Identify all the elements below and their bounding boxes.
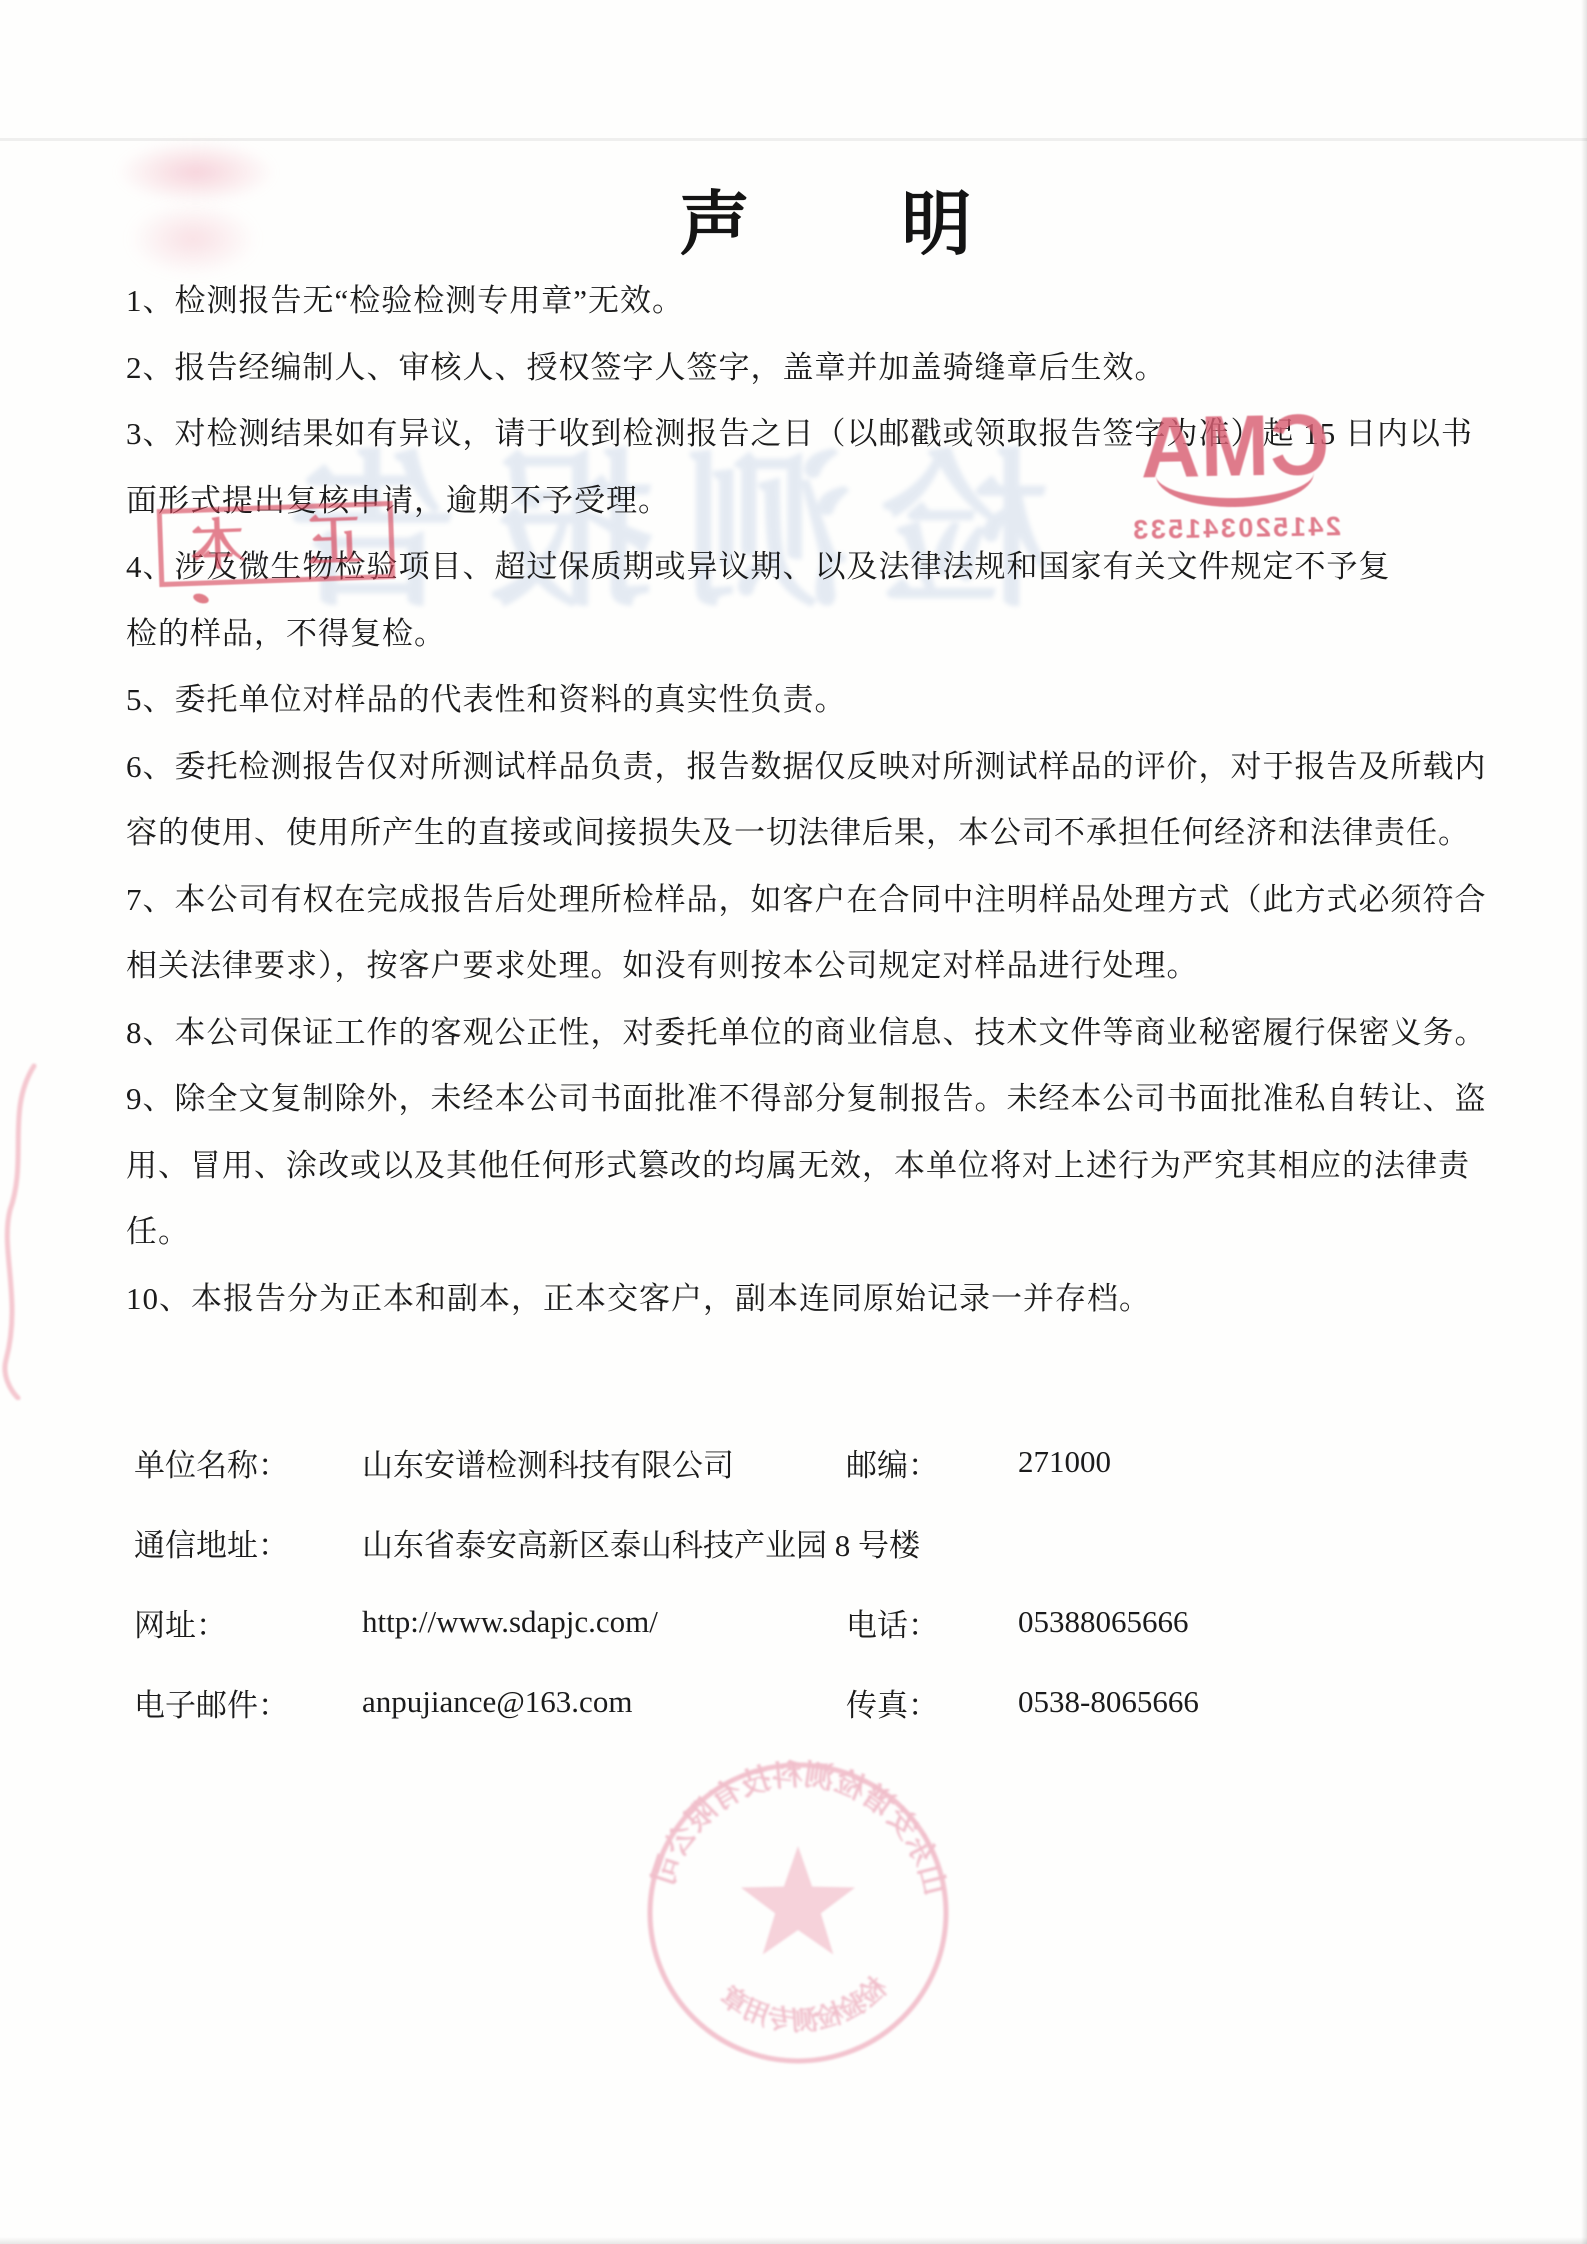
contact-label: 传真： xyxy=(846,1680,1018,1725)
statement-line: 容的使用、使用所产生的直接或间接损失及一切法律后果，本公司不承担任何经济和法律责… xyxy=(126,800,1516,867)
original-copy-stamp-text: 正本 xyxy=(127,509,425,579)
contact-value: 山东省泰安高新区泰山科技产业园 8 号楼 xyxy=(362,1520,846,1565)
statement-line: 任。 xyxy=(126,1199,1516,1266)
contact-label: 电子邮件： xyxy=(134,1680,362,1725)
statement-line: 检的样品，不得复检。 xyxy=(126,601,1516,668)
red-ink-squiggle xyxy=(0,1060,44,1400)
cma-stamp-bleed: CMA 241520341533 xyxy=(1123,402,1348,564)
page-edge-shadow-right xyxy=(1581,0,1587,2244)
title-char: 明 xyxy=(902,187,974,264)
declaration-page: 检测报告 声明 1、检测报告无“检验检测专用章”无效。2、报告经编制人、审核人、… xyxy=(0,0,1587,2244)
contact-label: 单位名称： xyxy=(134,1440,362,1485)
original-copy-stamp-bleed: 正本 xyxy=(157,501,396,587)
statement-line: 9、除全文复制除外，未经本公司书面批准不得部分复制报告。未经本公司书面批准私自转… xyxy=(126,1066,1516,1133)
statement-line: 10、本报告分为正本和副本，正本交客户，副本连同原始记录一并存档。 xyxy=(126,1266,1516,1333)
contact-value: anpujiance@163.com xyxy=(362,1684,846,1720)
svg-text:检验检测专用章: 检验检测专用章 xyxy=(715,1972,893,2037)
contact-value: 山东安谱检测科技有限公司 xyxy=(362,1440,846,1485)
contact-label: 邮编： xyxy=(846,1440,1018,1485)
contact-label: 通信地址： xyxy=(134,1520,362,1565)
contact-value: 05388065666 xyxy=(1018,1604,1534,1640)
title-char: 声 xyxy=(680,187,752,264)
contact-value: 271000 xyxy=(1018,1444,1534,1480)
statement-line: 用、冒用、涂改或以及其他任何形式篡改的均属无效，本单位将对上述行为严究其相应的法… xyxy=(126,1133,1516,1200)
statement-line: 2、报告经编制人、审核人、授权签字人签字，盖章并加盖骑缝章后生效。 xyxy=(126,335,1516,402)
contact-value: http://www.sdapjc.com/ xyxy=(362,1604,846,1640)
page-edge-shadow-bottom xyxy=(0,2237,1587,2244)
cma-letters: CMA xyxy=(1123,400,1347,494)
statement-line: 1、检测报告无“检验检测专用章”无效。 xyxy=(126,268,1516,335)
company-seal-bleed: 山东安谱检测科技有限公司 检验检测专用章 xyxy=(618,1738,978,2098)
statement-line: 7、本公司有权在完成报告后处理所检样品，如客户在合同中注明样品处理方式（此方式必… xyxy=(126,867,1516,934)
cma-certificate-number: 241520341533 xyxy=(1125,511,1348,546)
contact-value: 0538-8065666 xyxy=(1018,1684,1534,1720)
statement-line: 相关法律要求），按客户要求处理。如没有则按本公司规定对样品进行处理。 xyxy=(126,933,1516,1000)
statement-line: 8、本公司保证工作的客观公正性，对委托单位的商业信息、技术文件等商业秘密履行保密… xyxy=(126,1000,1516,1067)
contact-label: 电话： xyxy=(846,1600,1018,1645)
contact-block: 单位名称：山东安谱检测科技有限公司邮编：271000通信地址：山东省泰安高新区泰… xyxy=(134,1422,1534,1742)
seal-ring-text-bottom: 检验检测专用章 xyxy=(715,1972,893,2037)
statement-line: 6、委托检测报告仅对所测试样品负责，报告数据仅反映对所测试样品的评价，对于报告及… xyxy=(126,734,1516,801)
contact-label: 网址： xyxy=(134,1600,362,1645)
page-title: 声明 xyxy=(33,189,1587,263)
seal-star xyxy=(741,1846,855,1955)
statement-line: 5、委托单位对样品的代表性和资料的真实性负责。 xyxy=(126,667,1516,734)
